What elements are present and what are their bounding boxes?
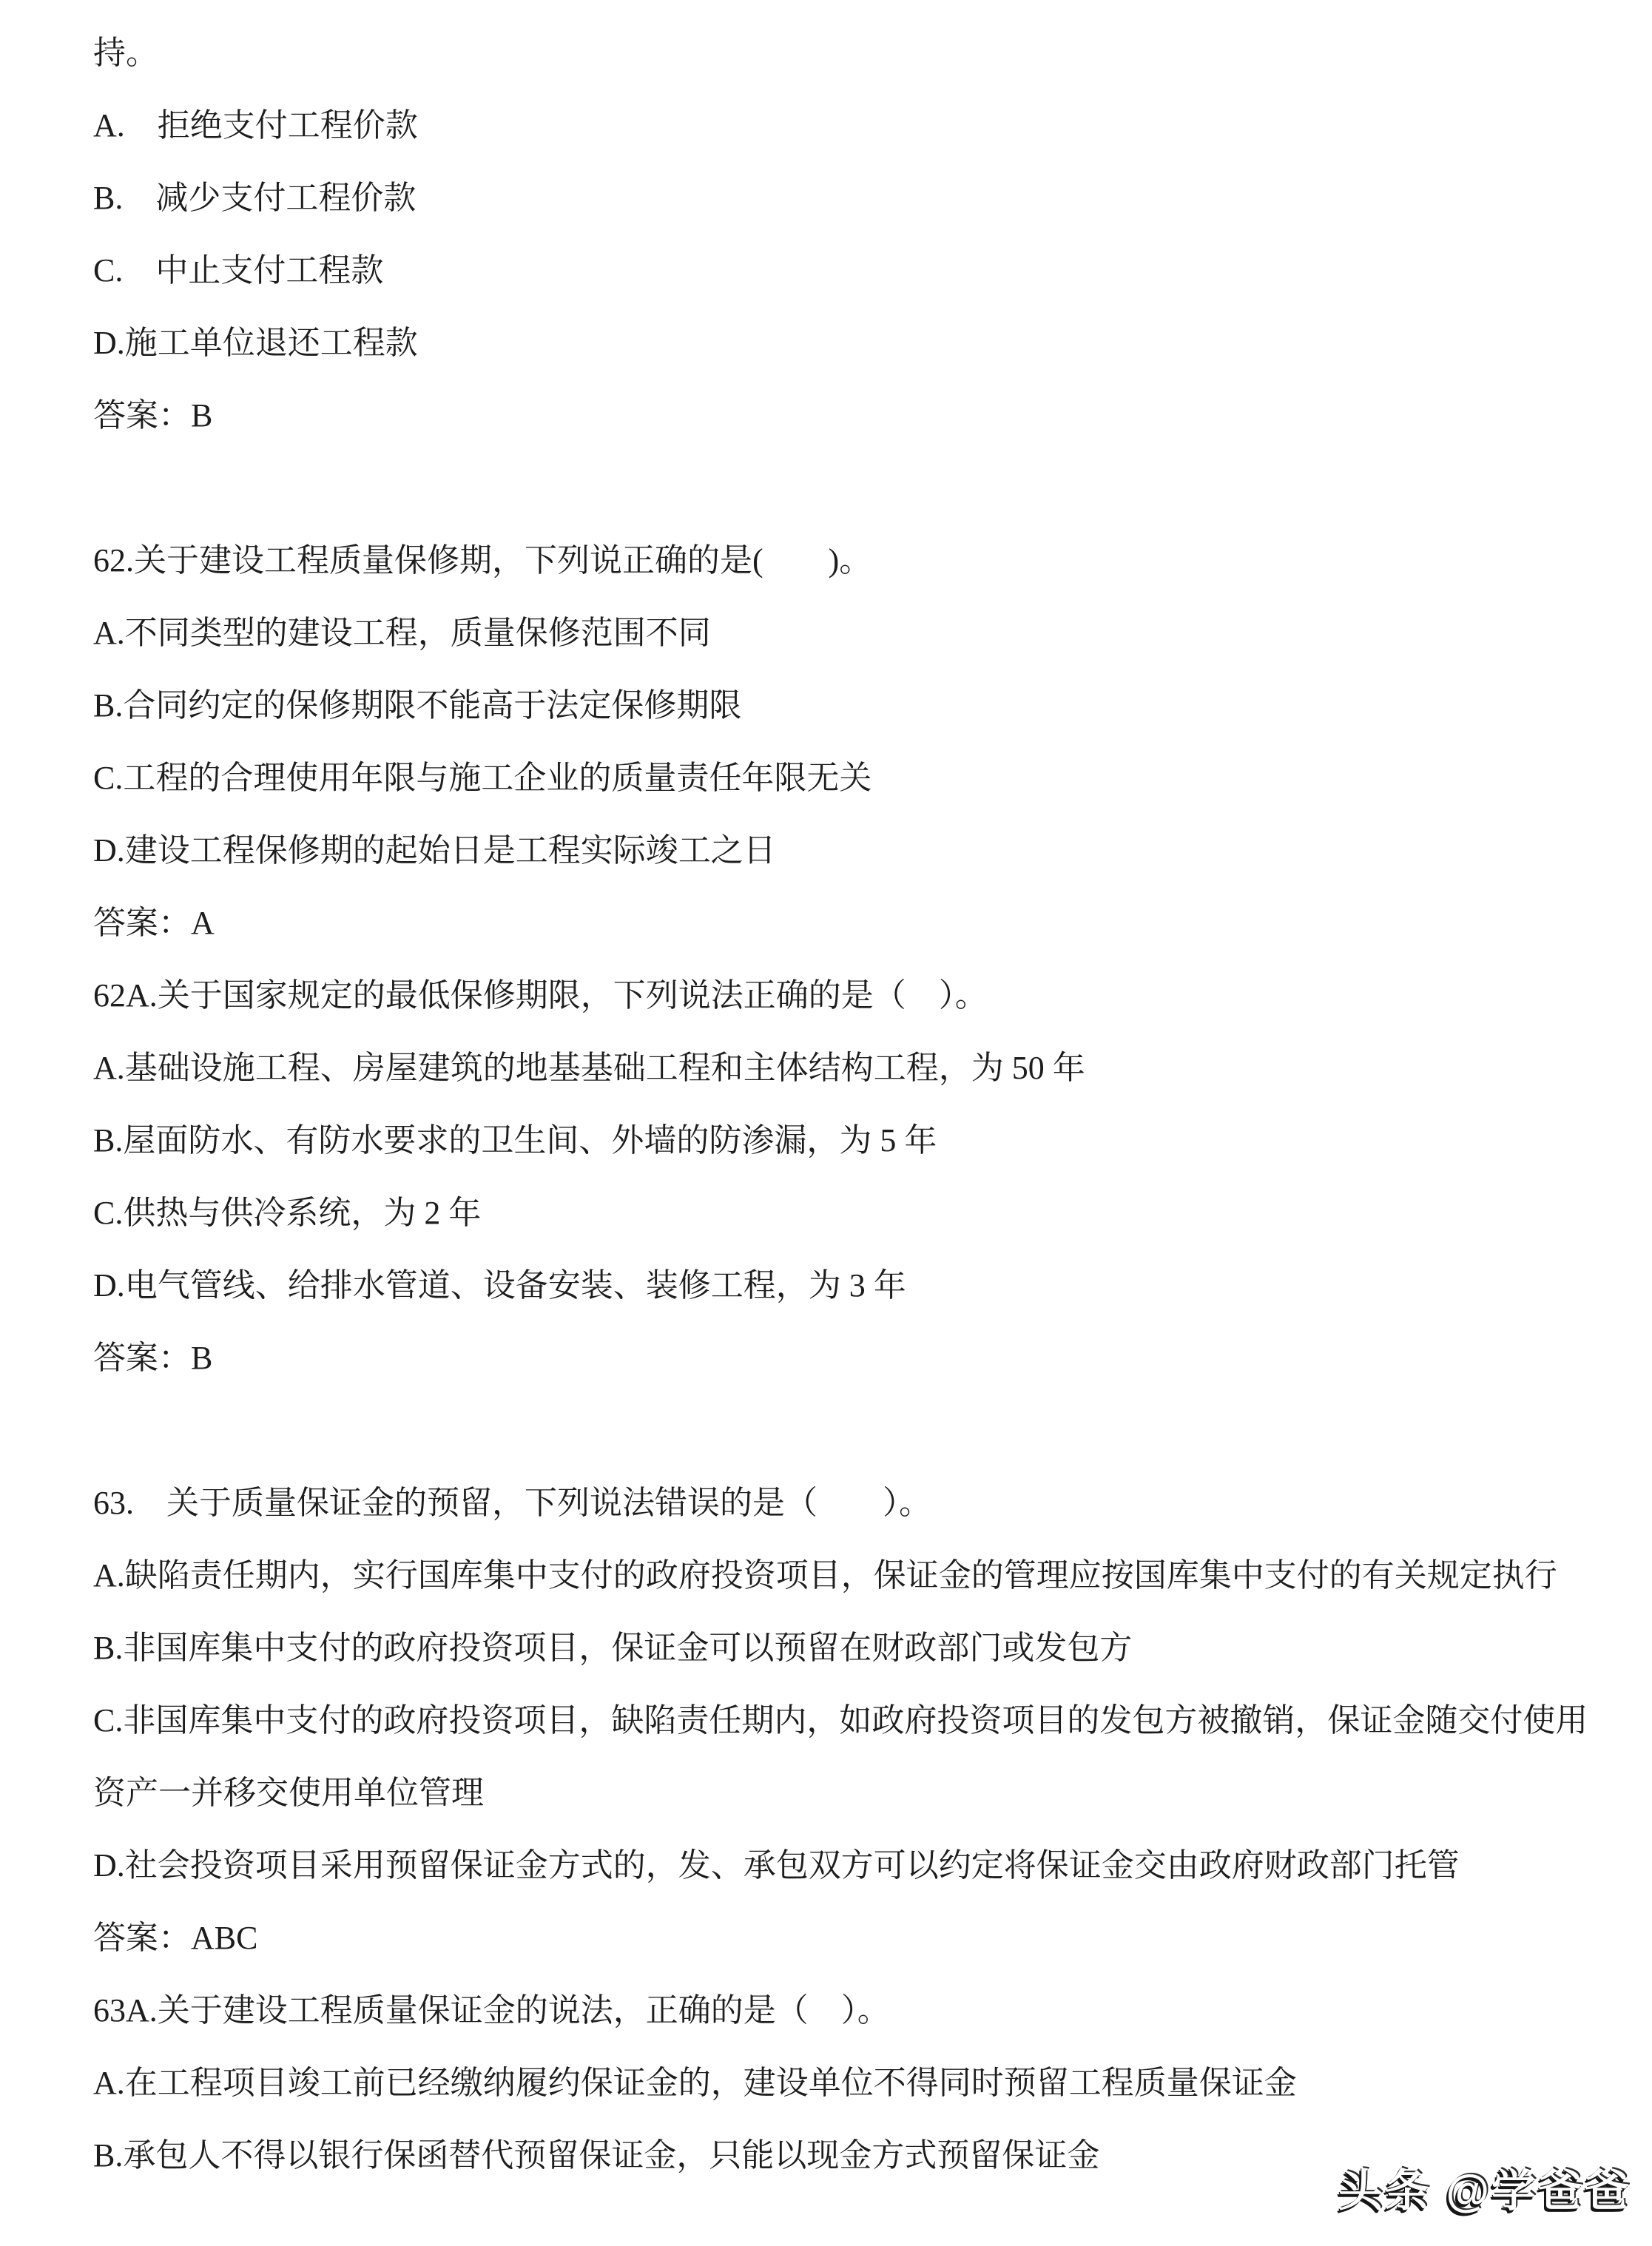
option-line: A.在工程项目竣工前已经缴纳履约保证金的，建设单位不得同时预留工程质量保证金	[93, 2047, 1622, 2119]
answer-line: 答案：B	[93, 380, 1622, 452]
exam-text-block: 持。A. 拒绝支付工程价款B. 减少支付工程价款C. 中止支付工程款D.施工单位…	[93, 17, 1622, 2192]
text-line: 持。	[93, 17, 1622, 90]
option-line: D.施工单位退还工程款	[93, 307, 1622, 380]
option-line: D.建设工程保修期的起始日是工程实际竣工之日	[93, 815, 1622, 887]
option-line: C.工程的合理使用年限与施工企业的质量责任年限无关	[93, 742, 1622, 815]
option-line: A.缺陷责任期内，实行国库集中支付的政府投资项目，保证金的管理应按国库集中支付的…	[93, 1540, 1622, 1612]
question-stem-line: 62A.关于国家规定的最低保修期限，下列说法正确的是（ ）。	[93, 960, 1622, 1032]
answer-line: 答案：ABC	[93, 1902, 1622, 1974]
option-line: A.基础设施工程、房屋建筑的地基基础工程和主体结构工程，为 50 年	[93, 1032, 1622, 1105]
option-line: D.社会投资项目采用预留保证金方式的，发、承包双方可以约定将保证金交由政府财政部…	[93, 1829, 1622, 1902]
option-line: C. 中止支付工程款	[93, 235, 1622, 307]
option-line: B.屋面防水、有防水要求的卫生间、外墙的防渗漏，为 5 年	[93, 1105, 1622, 1177]
question-stem-line: 63A.关于建设工程质量保证金的说法，正确的是（ ）。	[93, 1974, 1622, 2047]
question-stem-line: 62.关于建设工程质量保修期，下列说正确的是( )。	[93, 525, 1622, 597]
option-line: D.电气管线、给排水管道、设备安装、装修工程，为 3 年	[93, 1250, 1622, 1322]
option-line: B.非国库集中支付的政府投资项目，保证金可以预留在财政部门或发包方	[93, 1612, 1622, 1684]
option-line: B.合同约定的保修期限不能高于法定保修期限	[93, 670, 1622, 742]
option-line: C.非国库集中支付的政府投资项目，缺陷责任期内，如政府投资项目的发包方被撤销，保…	[93, 1684, 1622, 1757]
answer-line: 答案：A	[93, 887, 1622, 960]
question-stem-line: 63. 关于质量保证金的预留，下列说法错误的是（ ）。	[93, 1467, 1622, 1540]
option-line: C.供热与供冷系统，为 2 年	[93, 1177, 1622, 1250]
scanned-exam-page: { "page": { "background_color": "#ffffff…	[0, 0, 1652, 2246]
watermark-text: 头条 @学爸爸	[1338, 2156, 1631, 2219]
text-line: 资产一并移交使用单位管理	[93, 1757, 1622, 1829]
option-line: A.不同类型的建设工程，质量保修范围不同	[93, 597, 1622, 670]
answer-line: 答案：B	[93, 1322, 1622, 1395]
option-line: A. 拒绝支付工程价款	[93, 90, 1622, 162]
option-line: B. 减少支付工程价款	[93, 162, 1622, 235]
